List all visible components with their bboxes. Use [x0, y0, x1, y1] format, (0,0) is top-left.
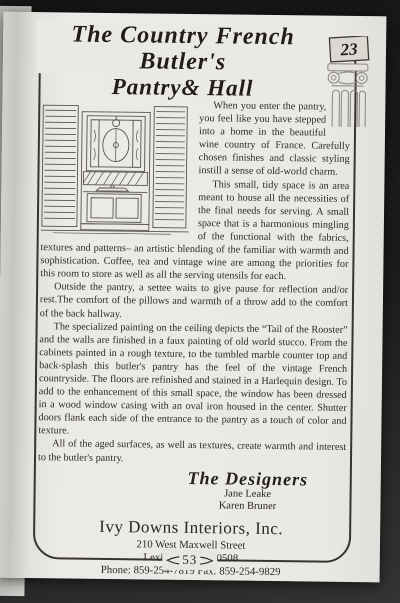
article-paragraph: All of the aged surfaces, as well as tex…: [38, 438, 346, 468]
designer-name: Karen Bruner: [147, 500, 347, 515]
article-body: When you enter the pantry, you feel like…: [38, 97, 350, 467]
column-wrap-spacer: [326, 101, 350, 131]
company-block: Ivy Downs Interiors, Inc. 210 West Maxwe…: [37, 516, 346, 580]
article-paragraph: The specialized painting on the ceiling …: [38, 320, 347, 442]
designers-heading: The Designers: [148, 467, 348, 489]
pantry-illustration: [41, 99, 193, 235]
page-title: The Country French Butler's Pantry& Hall: [36, 21, 329, 102]
article-paragraph: Outside the pantry, a settee waits to gi…: [40, 280, 348, 323]
page-paper: The Country French Butler's Pantry& Hall…: [0, 12, 386, 583]
footer-page-number: 53: [162, 550, 217, 571]
chevron-flourish-right-icon: [199, 556, 213, 565]
page-title-line1: The Country French Butler's: [37, 21, 330, 77]
scanned-booklet-page: { "page": { "corner_number": "23", "foot…: [0, 0, 400, 603]
designers-block: The Designers Jane LeakeKaren Bruner: [147, 467, 348, 515]
corner-page-number: 23: [339, 39, 359, 59]
company-name: Ivy Downs Interiors, Inc.: [37, 516, 345, 539]
butler-pantry-sketch-icon: [41, 99, 193, 235]
chevron-flourish-left-icon: [166, 555, 180, 564]
designers-names: Jane LeakeKaren Bruner: [147, 487, 347, 515]
article: When you enter the pantry, you feel like…: [37, 97, 351, 580]
page-title-line2: Pantry& Hall: [105, 75, 261, 101]
footer-page-number-text: 53: [182, 552, 197, 568]
